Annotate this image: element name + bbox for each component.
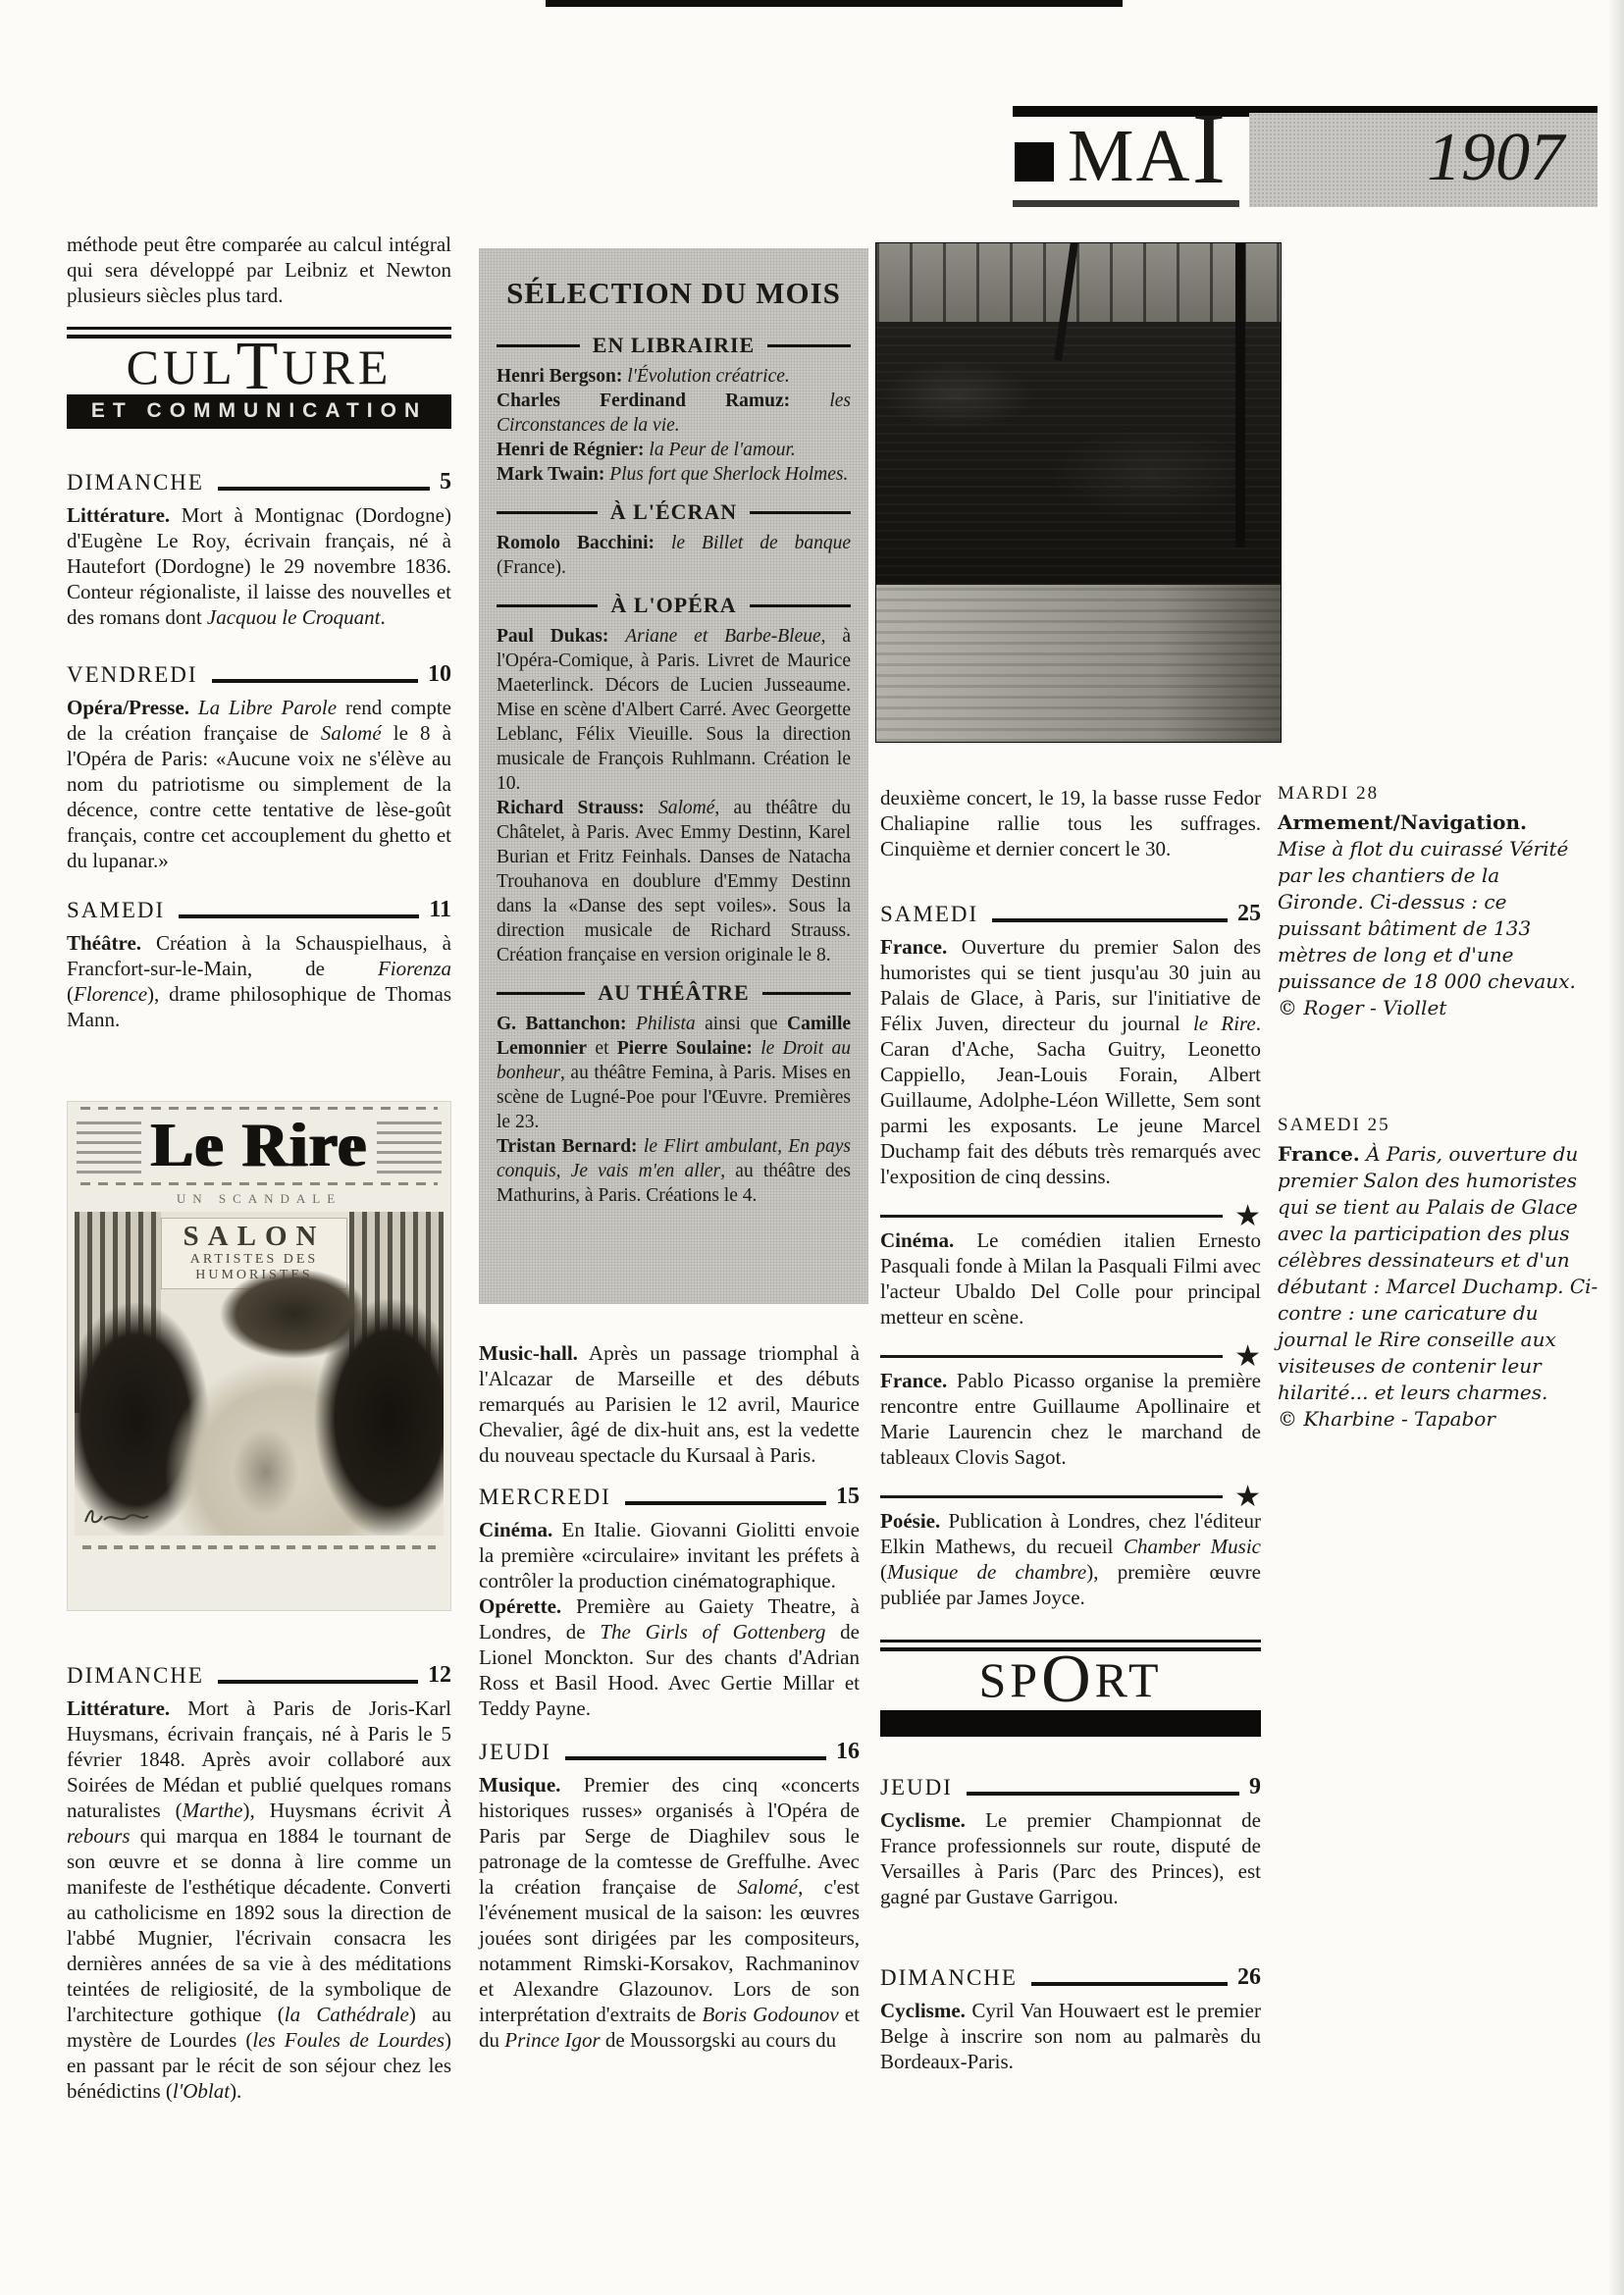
selection-item: Romolo Bacchini: le Billet de banque (Fr… (497, 531, 851, 580)
star-item: Poésie. Publication à Londres, chez l'éd… (880, 1508, 1261, 1610)
month-header: MAI 1907 (1013, 106, 1598, 207)
day-entry: DIMANCHE 12 Littérature. Mort à Paris de… (67, 1662, 451, 2104)
day-number: 9 (1249, 1774, 1261, 1800)
leader-rule (625, 1501, 826, 1505)
selection-item: Henri de Régnier: la Peur de l'amour. (497, 438, 851, 462)
day-entry-header: DIMANCHE 5 (67, 469, 451, 496)
photo-water (876, 585, 1281, 742)
day-entry-header: VENDREDI 10 (67, 661, 451, 688)
day-entry: DIMANCHE 26 Cyclisme. Cyril Van Houwaert… (880, 1964, 1261, 2074)
entry-body: Opérette. Première au Gaiety Theatre, à … (479, 1593, 860, 1721)
selection-section-header: À L'ÉCRAN (497, 499, 851, 525)
year-text: 1907 (1427, 119, 1564, 197)
day-entry: VENDREDI 10 Opéra/Presse. La Libre Parol… (67, 661, 451, 873)
leader-rule (992, 918, 1228, 922)
column-1: DIMANCHE 5 Littérature. Mort à Montignac… (67, 469, 451, 1032)
day-number: 10 (428, 661, 451, 688)
star-item: Cinéma. Le comédien italien Ernesto Pasq… (880, 1227, 1261, 1330)
day-entry: SAMEDI 11 Théâtre. Création à la Schausp… (67, 897, 451, 1032)
masthead-side-text (377, 1117, 442, 1174)
star-divider: ★ (880, 1355, 1261, 1358)
day-entry: MERCREDI 15 Cinéma. En Italie. Giovanni … (479, 1484, 860, 1721)
day-entry-header: DIMANCHE 26 (880, 1964, 1261, 1991)
entry-body: Cinéma. En Italie. Giovanni Giolitti env… (479, 1517, 860, 1593)
day-number: 15 (836, 1484, 860, 1510)
day-name: MERCREDI (479, 1485, 611, 1510)
section-head-label: AU THÉÂTRE (598, 980, 749, 1006)
day-name: SAMEDI (67, 898, 165, 923)
day-number: 16 (836, 1739, 860, 1765)
year-badge: 1907 (1249, 113, 1598, 207)
leader-rule (179, 914, 419, 918)
day-entry-header: JEUDI 9 (880, 1774, 1261, 1800)
selection-item: Henri Bergson: l'Évolution créatrice. (497, 364, 851, 389)
photo-credit: © Kharbine - Tapabor (1278, 1406, 1603, 1433)
photo-hull (876, 322, 1281, 585)
culture-title: CULTURE (67, 342, 451, 391)
lerire-cover: Le Rire UN SCANDALE SALON ARTISTES DES H… (67, 1101, 451, 1611)
selection-item: Tristan Bernard: le Flirt ambulant, En p… (497, 1134, 851, 1208)
day-entry-header: DIMANCHE 12 (67, 1662, 451, 1689)
leader-rule (212, 679, 418, 683)
selection-box: SÉLECTION DU MOIS EN LIBRAIRIE Henri Ber… (479, 248, 868, 1304)
entry-body: Cyclisme. Le premier Championnat de Fran… (880, 1807, 1261, 1909)
entry-body: Littérature. Mort à Paris de Joris-Karl … (67, 1695, 451, 2104)
scan-edge-artifact (546, 0, 1123, 7)
leader-rule (967, 1792, 1239, 1796)
leader-rule (218, 487, 430, 491)
month-name: MAI (1068, 121, 1228, 191)
section-head-label: À L'OPÉRA (610, 593, 736, 618)
entry-body: Cyclisme. Cyril Van Houwaert est le prem… (880, 1998, 1261, 2074)
column-3: deuxième concert, le 19, la basse russe … (880, 785, 1261, 2074)
masthead-microtext (80, 1182, 438, 1185)
musichall-paragraph: Music-hall. Après un passage triomphal à… (479, 1340, 860, 1468)
square-bullet-icon (1015, 142, 1054, 182)
culture-section-header: CULTURE ET COMMUNICATION (67, 327, 451, 429)
entry-body: Musique. Premier des cinq «concerts hist… (479, 1772, 860, 2053)
lerire-masthead: Le Rire (151, 1114, 368, 1176)
day-name: DIMANCHE (880, 1965, 1018, 1991)
column-2: Music-hall. Après un passage triomphal à… (479, 1340, 860, 2053)
caricature-drawing: SALON ARTISTES DES HUMORISTES (75, 1212, 444, 1536)
day-entry-header: SAMEDI 25 (880, 901, 1261, 927)
day-name: SAMEDI (880, 902, 978, 927)
sport-title: SPORT (880, 1655, 1261, 1704)
day-entry: JEUDI 16 Musique. Premier des cinq «conc… (479, 1739, 860, 2053)
caption-day-label: SAMEDI 25 (1278, 1115, 1603, 1136)
leader-rule (565, 1756, 826, 1760)
day-number: 5 (440, 469, 451, 496)
entry-body: Littérature. Mort à Montignac (Dordogne)… (67, 502, 451, 630)
day-number: 12 (428, 1662, 451, 1689)
section-head-label: EN LIBRAIRIE (593, 333, 755, 358)
photo-sky-scaffolding (876, 243, 1281, 322)
day-entry-header: MERCREDI 15 (479, 1484, 860, 1510)
concert-continuation-paragraph: deuxième concert, le 19, la basse russe … (880, 785, 1261, 861)
selection-item: Richard Strauss: Salomé, au théâtre du C… (497, 796, 851, 967)
day-name: VENDREDI (67, 662, 198, 688)
photo-credit: © Roger - Viollet (1278, 995, 1580, 1021)
caption-mardi-28: MARDI 28 Armement/Navigation.Mise à flot… (1278, 783, 1580, 1021)
day-name: DIMANCHE (67, 1663, 204, 1689)
selection-section-header: À L'OPÉRA (497, 593, 851, 618)
section-head-label: À L'ÉCRAN (610, 499, 737, 525)
dress-fold-shading (222, 1413, 310, 1531)
caption-body: Mise à flot du cuirassé Vérité par les c… (1278, 837, 1576, 993)
selection-item: Mark Twain: Plus fort que Sherlock Holme… (497, 462, 851, 487)
day-number: 11 (429, 897, 451, 923)
caption-lead: France. (1278, 1142, 1360, 1166)
day-entry: DIMANCHE 5 Littérature. Mort à Montignac… (67, 469, 451, 630)
star-divider: ★ (880, 1215, 1261, 1218)
masthead-side-text (77, 1117, 141, 1174)
day-entry-header: JEUDI 16 (479, 1739, 860, 1765)
illegible-caption-line (82, 1545, 436, 1549)
day-name: DIMANCHE (67, 470, 204, 496)
day-entry: JEUDI 9 Cyclisme. Le premier Championnat… (880, 1774, 1261, 1909)
sport-section-header: SPORT (880, 1640, 1261, 1737)
month-title: MAI (1013, 113, 1239, 207)
selection-item: Paul Dukas: Ariane et Barbe-Bleue, à l'O… (497, 624, 851, 796)
photo-mast (1235, 243, 1245, 548)
entry-body: Opéra/Presse. La Libre Parole rend compt… (67, 695, 451, 873)
day-entry-header: SAMEDI 11 (67, 897, 451, 923)
battleship-photo (876, 243, 1281, 742)
day-name: JEUDI (479, 1740, 551, 1765)
selection-title: SÉLECTION DU MOIS (497, 276, 851, 311)
selection-item: G. Battanchon: Philista ainsi que Camill… (497, 1012, 851, 1134)
intro-paragraph: méthode peut être comparée au calcul int… (67, 232, 451, 308)
star-item: France. Pablo Picasso organise la premiè… (880, 1368, 1261, 1470)
cover-overline: UN SCANDALE (67, 1191, 451, 1207)
day-name: JEUDI (880, 1775, 953, 1800)
caption-day-label: MARDI 28 (1278, 783, 1580, 805)
day-number: 26 (1237, 1964, 1261, 1991)
scanned-page: MAI 1907 méthode peut être comparée au c… (0, 0, 1624, 2295)
selection-section-header: AU THÉÂTRE (497, 980, 851, 1006)
entry-body: Théâtre. Création à la Schauspielhaus, à… (67, 930, 451, 1032)
day-entry: SAMEDI 25 France. Ouverture du premier S… (880, 901, 1261, 1189)
signature-scribble (82, 1504, 151, 1530)
caption-body: À Paris, ouverture du premier Salon des … (1278, 1142, 1598, 1404)
caption-samedi-25: SAMEDI 25 France. À Paris, ouverture du … (1278, 1115, 1603, 1433)
leader-rule (218, 1680, 418, 1684)
star-divider: ★ (880, 1495, 1261, 1498)
selection-item: Charles Ferdinand Ramuz: les Circonstanc… (497, 389, 851, 438)
caption-lead: Armement/Navigation. (1278, 809, 1580, 836)
entry-body: France. Ouverture du premier Salon des h… (880, 934, 1261, 1189)
leader-rule (1031, 1982, 1228, 1986)
day-number: 25 (1237, 901, 1261, 927)
selection-section-header: EN LIBRAIRIE (497, 333, 851, 358)
